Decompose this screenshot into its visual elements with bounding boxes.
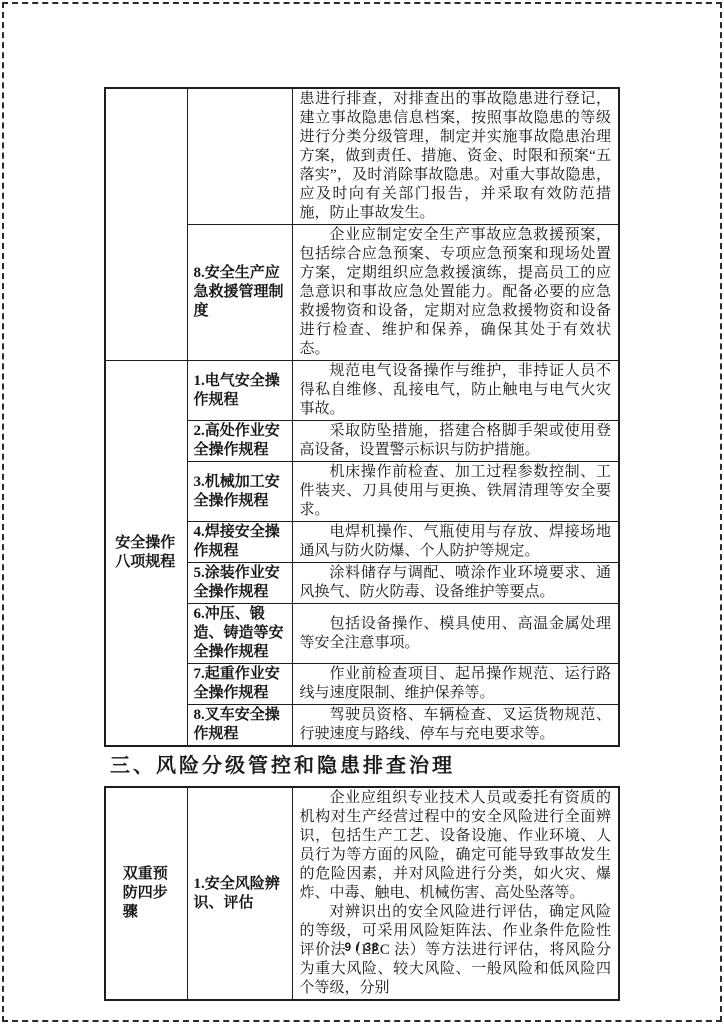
- regulation-name-cell: 1.安全风险辨识、评估: [187, 787, 292, 1000]
- regulation-desc-cell: 企业应制定安全生产事故应急救援预案，包括综合应急预案、专项应急预案和现场处置方案…: [292, 225, 619, 361]
- desc-paragraph: 驾驶员资格、车辆检查、叉运货物规范、行驶速度与路线、停车与充电要求等。: [300, 706, 612, 744]
- table-row: 安全操作八项规程 1.电气安全操作规程 规范电气设备操作与维护，非持证人员不得私…: [105, 361, 619, 421]
- regulation-name-cell: 4.焊接安全操作规程: [187, 522, 292, 563]
- regulation-desc-cell: 企业应组织专业技术人员或委托有资质的机构对生产经营过程中的安全风险进行全面辨识，…: [292, 787, 619, 1000]
- section-heading: 三、风险分级管控和隐患排查治理: [104, 755, 618, 778]
- safety-systems-table: 患进行排查，对排查出的事故隐患进行登记，建立事故隐患信息档案，按照事故隐患的等级…: [104, 87, 620, 747]
- table-row: 患进行排查，对排查出的事故隐患进行登记，建立事故隐患信息档案，按照事故隐患的等级…: [105, 88, 619, 225]
- regulation-desc-cell: 包括设备操作、模具使用、高温金属处理等安全注意事项。: [292, 604, 619, 664]
- page-number: 9 / 38: [0, 942, 724, 954]
- regulation-desc-cell: 驾驶员资格、车辆检查、叉运货物规范、行驶速度与路线、停车与充电要求等。: [292, 705, 619, 747]
- category-header-cell: 安全操作八项规程: [105, 361, 187, 747]
- document-page: 患进行排查，对排查出的事故隐患进行登记，建立事故隐患信息档案，按照事故隐患的等级…: [0, 0, 724, 1024]
- desc-paragraph: 采取防坠措施，搭建合格脚手架或使用登高设备，设置警示标识与防护措施。: [300, 422, 612, 460]
- regulation-desc-cell: 作业前检查项目、起吊操作规范、运行路线与速度限制、维护保养等。: [292, 664, 619, 705]
- category-header-label: 双重预防四步骤: [123, 865, 170, 922]
- regulation-desc-cell: 电焊机操作、气瓶使用与存放、焊接场地通风与防火防爆、个人防护等规定。: [292, 522, 619, 563]
- regulation-name-cell: 8.叉车安全操作规程: [187, 705, 292, 747]
- regulation-name-cell: 7.起重作业安全操作规程: [187, 664, 292, 705]
- page-content: 患进行排查，对排查出的事故隐患进行登记，建立事故隐患信息档案，按照事故隐患的等级…: [104, 87, 618, 1001]
- category-header-label: 安全操作八项规程: [115, 534, 177, 572]
- desc-paragraph: 企业应组织专业技术人员或委托有资质的机构对生产经营过程中的安全风险进行全面辨识，…: [300, 789, 612, 903]
- category-header-cell-empty: [105, 88, 187, 361]
- regulation-desc-cell: 机床操作前检查、加工过程参数控制、工件装夹、刀具使用与更换、铁屑清理等安全要求。: [292, 462, 619, 522]
- desc-paragraph: 患进行排查，对排查出的事故隐患进行登记，建立事故隐患信息档案，按照事故隐患的等级…: [300, 90, 612, 223]
- table-row: 双重预防四步骤 1.安全风险辨识、评估 企业应组织专业技术人员或委托有资质的机构…: [105, 787, 619, 1000]
- regulation-name-cell: 2.高处作业安全操作规程: [187, 421, 292, 462]
- desc-paragraph: 包括设备操作、模具使用、高温金属处理等安全注意事项。: [300, 615, 612, 653]
- regulation-name-cell: 6.冲压、锻造、铸造等安全操作规程: [187, 604, 292, 664]
- risk-control-table: 双重预防四步骤 1.安全风险辨识、评估 企业应组织专业技术人员或委托有资质的机构…: [104, 786, 620, 1001]
- regulation-desc-cell: 涂料储存与调配、喷涂作业环境要求、通风换气、防火防毒、设备维护等要点。: [292, 563, 619, 604]
- regulation-name-cell: [187, 88, 292, 225]
- desc-paragraph: 规范电气设备操作与维护，非持证人员不得私自维修、乱接电气，防止触电与电气火灾事故…: [300, 362, 612, 419]
- regulation-desc-cell: 患进行排查，对排查出的事故隐患进行登记，建立事故隐患信息档案，按照事故隐患的等级…: [292, 88, 619, 225]
- regulation-name-cell: 5.涂装作业安全操作规程: [187, 563, 292, 604]
- regulation-name-cell: 3.机械加工安全操作规程: [187, 462, 292, 522]
- desc-paragraph: 涂料储存与调配、喷涂作业环境要求、通风换气、防火防毒、设备维护等要点。: [300, 564, 612, 602]
- category-header-cell: 双重预防四步骤: [105, 787, 187, 1000]
- desc-paragraph: 机床操作前检查、加工过程参数控制、工件装夹、刀具使用与更换、铁屑清理等安全要求。: [300, 463, 612, 520]
- desc-paragraph: 作业前检查项目、起吊操作规范、运行路线与速度限制、维护保养等。: [300, 665, 612, 703]
- regulation-name-cell: 8.安全生产应急救援管理制度: [187, 225, 292, 361]
- regulation-name-cell: 1.电气安全操作规程: [187, 361, 292, 421]
- desc-paragraph: 电焊机操作、气瓶使用与存放、焊接场地通风与防火防爆、个人防护等规定。: [300, 523, 612, 561]
- regulation-desc-cell: 规范电气设备操作与维护，非持证人员不得私自维修、乱接电气，防止触电与电气火灾事故…: [292, 361, 619, 421]
- regulation-desc-cell: 采取防坠措施，搭建合格脚手架或使用登高设备，设置警示标识与防护措施。: [292, 421, 619, 462]
- desc-paragraph: 企业应制定安全生产事故应急救援预案，包括综合应急预案、专项应急预案和现场处置方案…: [300, 226, 612, 359]
